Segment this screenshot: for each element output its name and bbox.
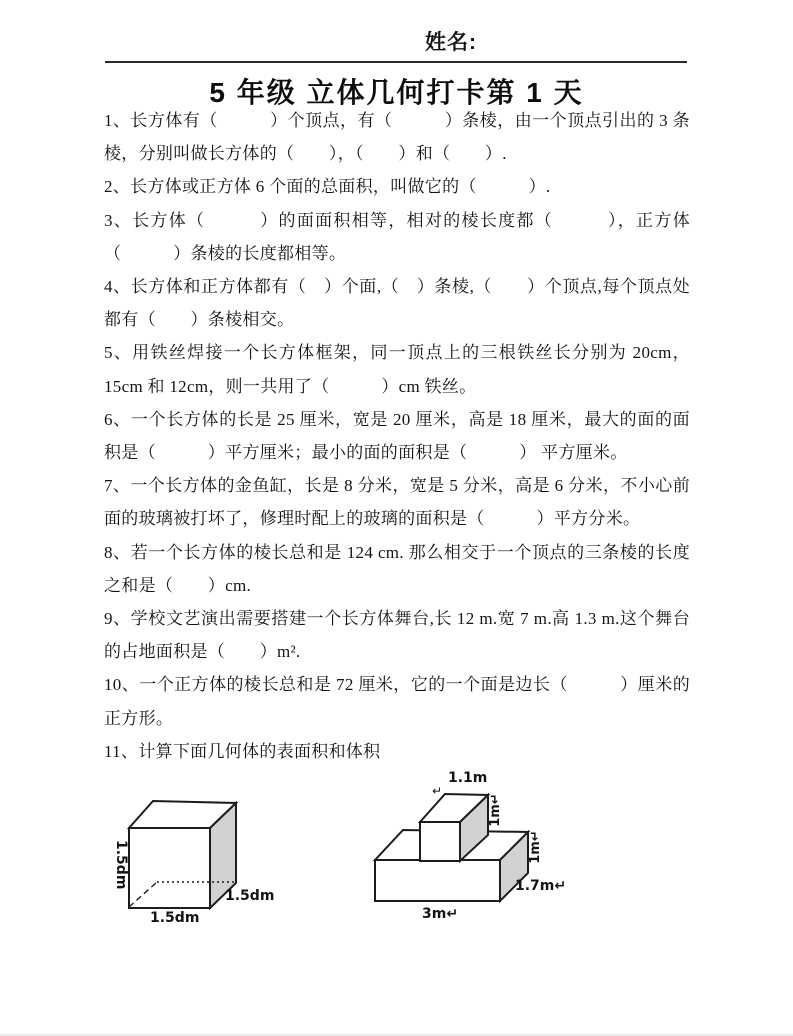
question-8: 8、若一个长方体的棱长总和是 124 cm. 那么相交于一个顶点的三条棱的长度之…: [104, 536, 690, 602]
question-11: 11、计算下面几何体的表面积和体积: [104, 735, 690, 768]
composite-base-depth-label: 1.7m↵: [515, 878, 566, 894]
composite-top-height-label: 1m↵: [488, 790, 504, 830]
cube-depth-label: 1.5dm: [225, 888, 274, 904]
question-10: 10、一个正方体的棱长总和是 72 厘米，它的一个面是边长（ ）厘米的正方形。: [104, 668, 690, 734]
composite-base-width-label: 3m↵: [422, 906, 458, 922]
question-9: 9、学校文艺演出需要搭建一个长方体舞台,长 12 m.宽 7 m.高 1.3 m…: [104, 602, 690, 668]
composite-return-mark: ↵: [432, 783, 442, 799]
question-3: 3、长方体（ ）的面面积相等，相对的棱长度都（ ），正方体（ ）条棱的长度都相等…: [104, 204, 690, 270]
name-underline-rule: [105, 61, 687, 63]
question-6: 6、一个长方体的长是 25 厘米，宽是 20 厘米，高是 18 厘米，最大的面的…: [104, 403, 690, 469]
worksheet-page: 姓名: 5 年级 立体几何打卡第 1 天 1、长方体有（ ）个顶点，有（ ）条棱…: [0, 0, 793, 1036]
cube-width-label: 1.5dm: [150, 910, 199, 926]
question-4: 4、长方体和正方体都有（ ）个面,（ ）条棱,（ ）个顶点,每个顶点处都有（ ）…: [104, 270, 690, 336]
question-7: 7、一个长方体的金鱼缸，长是 8 分米，宽是 5 分米，高是 6 分米，不小心前…: [104, 469, 690, 535]
name-field-label: 姓名:: [425, 26, 477, 56]
composite-solid-figure: ↵ 1.1m 1m↵ 1m↵ 1.7m↵ 3m↵: [360, 770, 595, 930]
question-list: 1、长方体有（ ）个顶点，有（ ）条棱，由一个顶点引出的 3 条棱，分别叫做长方…: [104, 104, 690, 768]
question-1: 1、长方体有（ ）个顶点，有（ ）条棱，由一个顶点引出的 3 条棱，分别叫做长方…: [104, 104, 690, 170]
composite-base-height-label: 1m↵: [528, 827, 544, 867]
question-5: 5、用铁丝焊接一个长方体框架，同一顶点上的三根铁丝长分别为 20cm，15cm …: [104, 336, 690, 402]
cube-figure: 1.5dm 1.5dm 1.5dm: [100, 785, 290, 935]
composite-top-width-label: 1.1m: [448, 770, 487, 786]
composite-solid-drawing: [360, 770, 595, 930]
question-2: 2、长方体或正方体 6 个面的总面积，叫做它的（ ）.: [104, 170, 690, 203]
cube-height-label: 1.5dm: [113, 840, 129, 886]
